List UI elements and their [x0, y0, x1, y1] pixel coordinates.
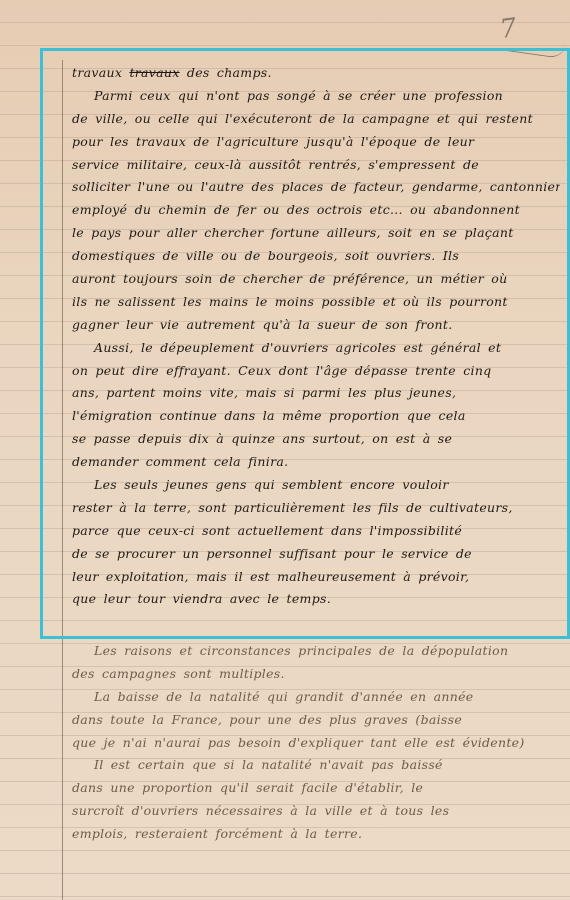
following-text-block: Les raisons et circonstances principales…	[72, 640, 560, 846]
manuscript-line: emplois, resteraient forcément à la terr…	[72, 823, 560, 846]
manuscript-line: que je n'ai n'aurai pas besoin d'expliqu…	[72, 732, 560, 755]
manuscript-line: dans une proportion qu'il serait facile …	[72, 777, 560, 800]
manuscript-line: des campagnes sont multiples.	[72, 663, 560, 686]
manuscript-page: 7 travaux travaux des champs. Parmi ceux…	[0, 0, 570, 900]
manuscript-line: surcroît d'ouvriers nécessaires à la vil…	[72, 800, 560, 823]
manuscript-line: dans toute la France, pour une des plus …	[72, 709, 560, 732]
manuscript-line: Les raisons et circonstances principales…	[72, 640, 560, 663]
manuscript-line: Il est certain que si la natalité n'avai…	[72, 754, 560, 777]
manuscript-line: La baisse de la natalité qui grandit d'a…	[72, 686, 560, 709]
selection-box[interactable]	[40, 48, 570, 639]
